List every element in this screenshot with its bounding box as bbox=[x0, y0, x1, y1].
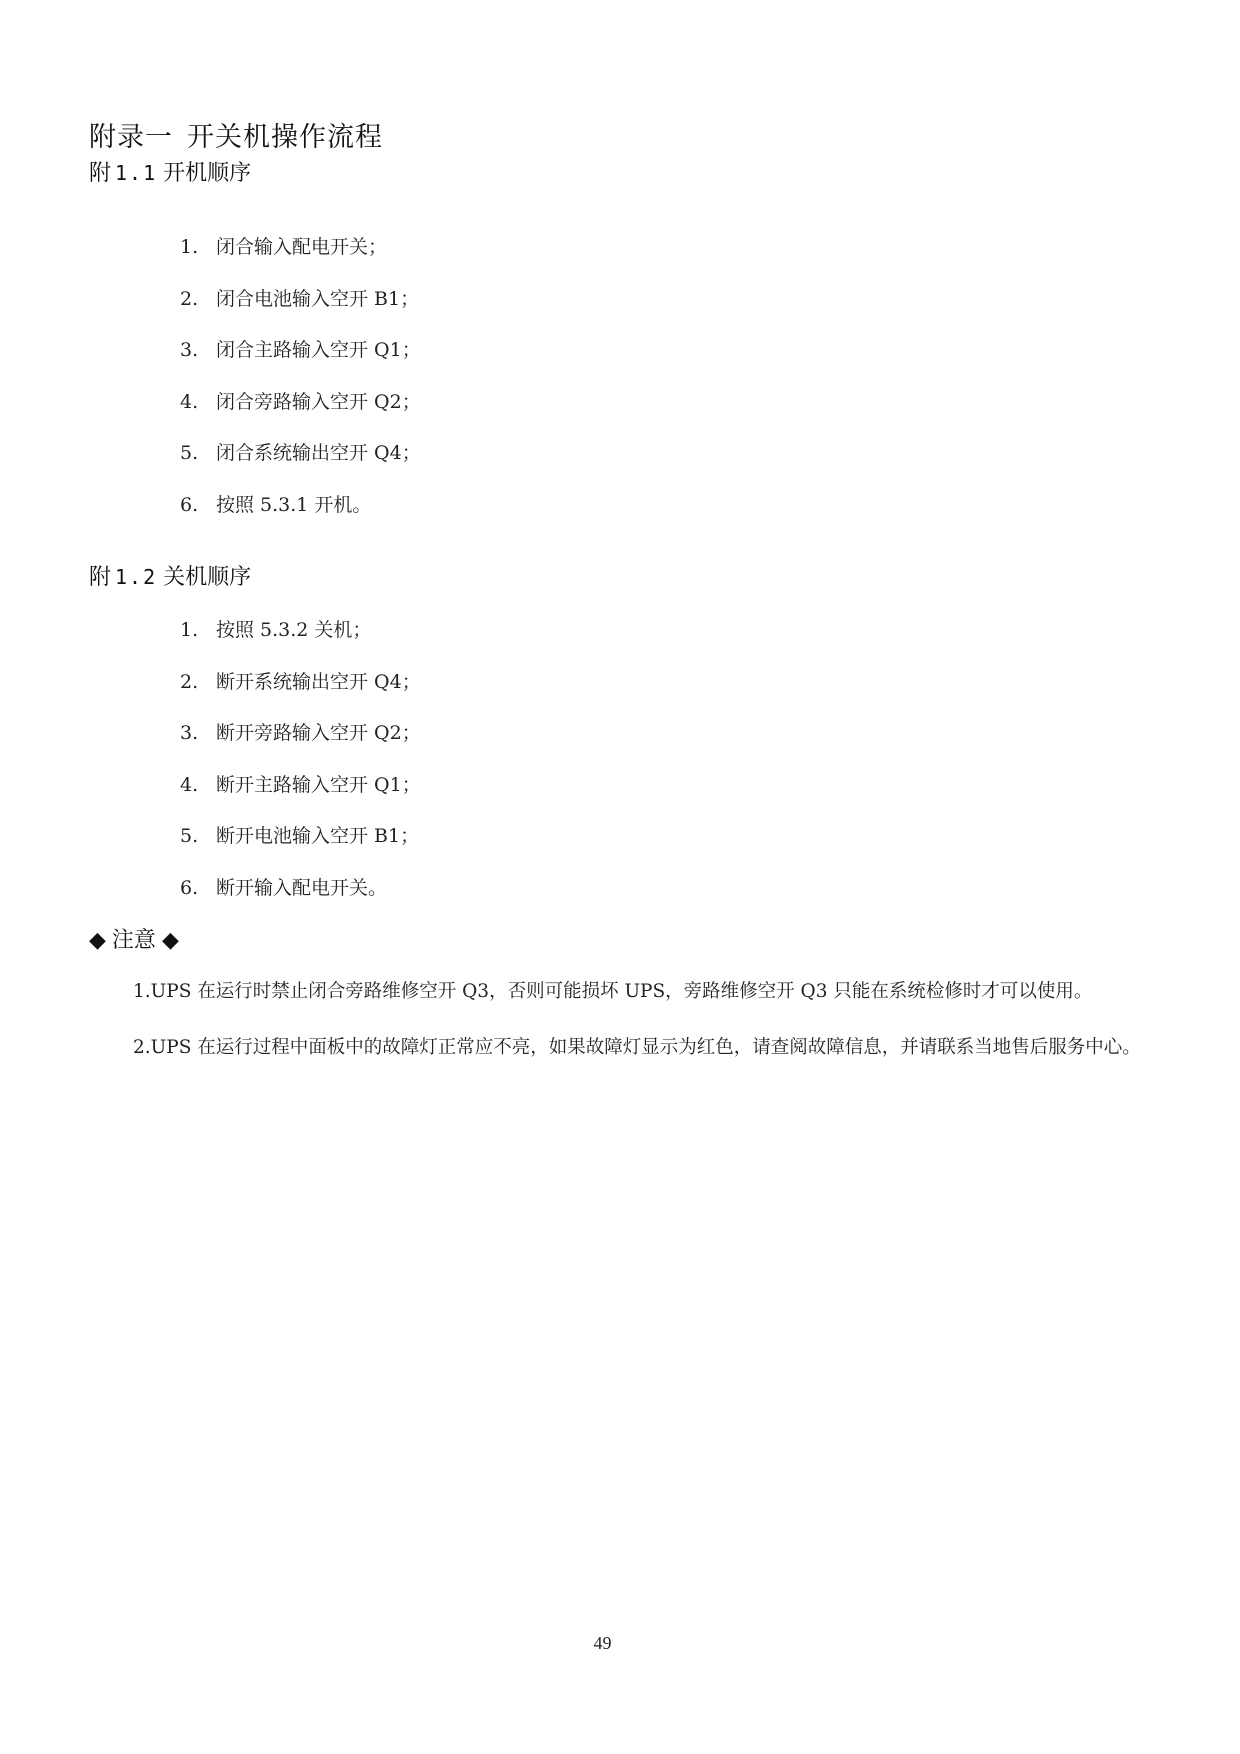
appendix-title: 附录一开关机操作流程 bbox=[89, 118, 383, 158]
list-item: 6.按照 5.3.1 开机。 bbox=[180, 490, 421, 542]
step-number: 1. bbox=[180, 232, 216, 262]
step-number: 5. bbox=[180, 438, 216, 468]
step-text: 闭合输入配电开关； bbox=[216, 236, 387, 258]
step-text: 断开电池输入空开 B1； bbox=[216, 825, 419, 847]
startup-steps-list: 1.闭合输入配电开关； 2.闭合电池输入空开 B1； 3.闭合主路输入空开 Q1… bbox=[180, 232, 421, 541]
step-text: 断开系统输出空开 Q4； bbox=[216, 671, 421, 693]
step-number: 4. bbox=[180, 770, 216, 800]
notice-item: 1.UPS 在运行时禁止闭合旁路维修空开 Q3，否则可能损坏 UPS，旁路维修空… bbox=[133, 977, 1168, 1007]
step-text: 按照 5.3.1 开机。 bbox=[216, 494, 371, 516]
step-text: 闭合电池输入空开 B1； bbox=[216, 288, 419, 310]
section-number: 1.2 bbox=[115, 565, 157, 589]
step-text: 闭合主路输入空开 Q1； bbox=[216, 339, 421, 361]
step-text: 断开输入配电开关。 bbox=[216, 877, 387, 899]
section-title: 关机顺序 bbox=[163, 565, 251, 590]
section-number: 1.1 bbox=[115, 161, 157, 185]
step-number: 6. bbox=[180, 490, 216, 520]
shutdown-steps-list: 1.按照 5.3.2 关机； 2.断开系统输出空开 Q4； 3.断开旁路输入空开… bbox=[180, 615, 421, 924]
section-prefix: 附 bbox=[89, 161, 111, 186]
diamond-icon: ◆ bbox=[89, 928, 106, 953]
step-number: 6. bbox=[180, 873, 216, 903]
list-item: 3.断开旁路输入空开 Q2； bbox=[180, 718, 421, 770]
section-prefix: 附 bbox=[89, 565, 111, 590]
step-number: 2. bbox=[180, 667, 216, 697]
page-number: 49 bbox=[0, 1633, 1205, 1654]
section-title: 开机顺序 bbox=[163, 161, 251, 186]
list-item: 1.按照 5.3.2 关机； bbox=[180, 615, 421, 667]
step-text: 闭合系统输出空开 Q4； bbox=[216, 442, 421, 464]
step-number: 3. bbox=[180, 335, 216, 365]
list-item: 5.断开电池输入空开 B1； bbox=[180, 821, 421, 873]
step-number: 4. bbox=[180, 387, 216, 417]
list-item: 5.闭合系统输出空开 Q4； bbox=[180, 438, 421, 490]
appendix-label: 附录一 bbox=[89, 122, 173, 153]
notice-title: 注意 bbox=[112, 928, 156, 953]
section-heading-startup: 附1.1开机顺序 bbox=[89, 157, 251, 190]
list-item: 2.断开系统输出空开 Q4； bbox=[180, 667, 421, 719]
section-heading-shutdown: 附1.2关机顺序 bbox=[89, 561, 251, 594]
notice-list: 1.UPS 在运行时禁止闭合旁路维修空开 Q3，否则可能损坏 UPS，旁路维修空… bbox=[133, 977, 1168, 1089]
step-number: 5. bbox=[180, 821, 216, 851]
step-number: 3. bbox=[180, 718, 216, 748]
notice-heading: ◆注意◆ bbox=[89, 925, 185, 957]
step-text: 断开主路输入空开 Q1； bbox=[216, 774, 421, 796]
step-text: 断开旁路输入空开 Q2； bbox=[216, 722, 421, 744]
list-item: 6.断开输入配电开关。 bbox=[180, 873, 421, 925]
notice-item: 2.UPS 在运行过程中面板中的故障灯正常应不亮，如果故障灯显示为红色，请查阅故… bbox=[133, 1033, 1168, 1063]
list-item: 2.闭合电池输入空开 B1； bbox=[180, 284, 421, 336]
appendix-title-text: 开关机操作流程 bbox=[187, 122, 383, 153]
list-item: 3.闭合主路输入空开 Q1； bbox=[180, 335, 421, 387]
list-item: 4.断开主路输入空开 Q1； bbox=[180, 770, 421, 822]
step-number: 2. bbox=[180, 284, 216, 314]
step-number: 1. bbox=[180, 615, 216, 645]
step-text: 按照 5.3.2 关机； bbox=[216, 619, 371, 641]
diamond-icon: ◆ bbox=[162, 928, 179, 953]
list-item: 1.闭合输入配电开关； bbox=[180, 232, 421, 284]
step-text: 闭合旁路输入空开 Q2； bbox=[216, 391, 421, 413]
list-item: 4.闭合旁路输入空开 Q2； bbox=[180, 387, 421, 439]
